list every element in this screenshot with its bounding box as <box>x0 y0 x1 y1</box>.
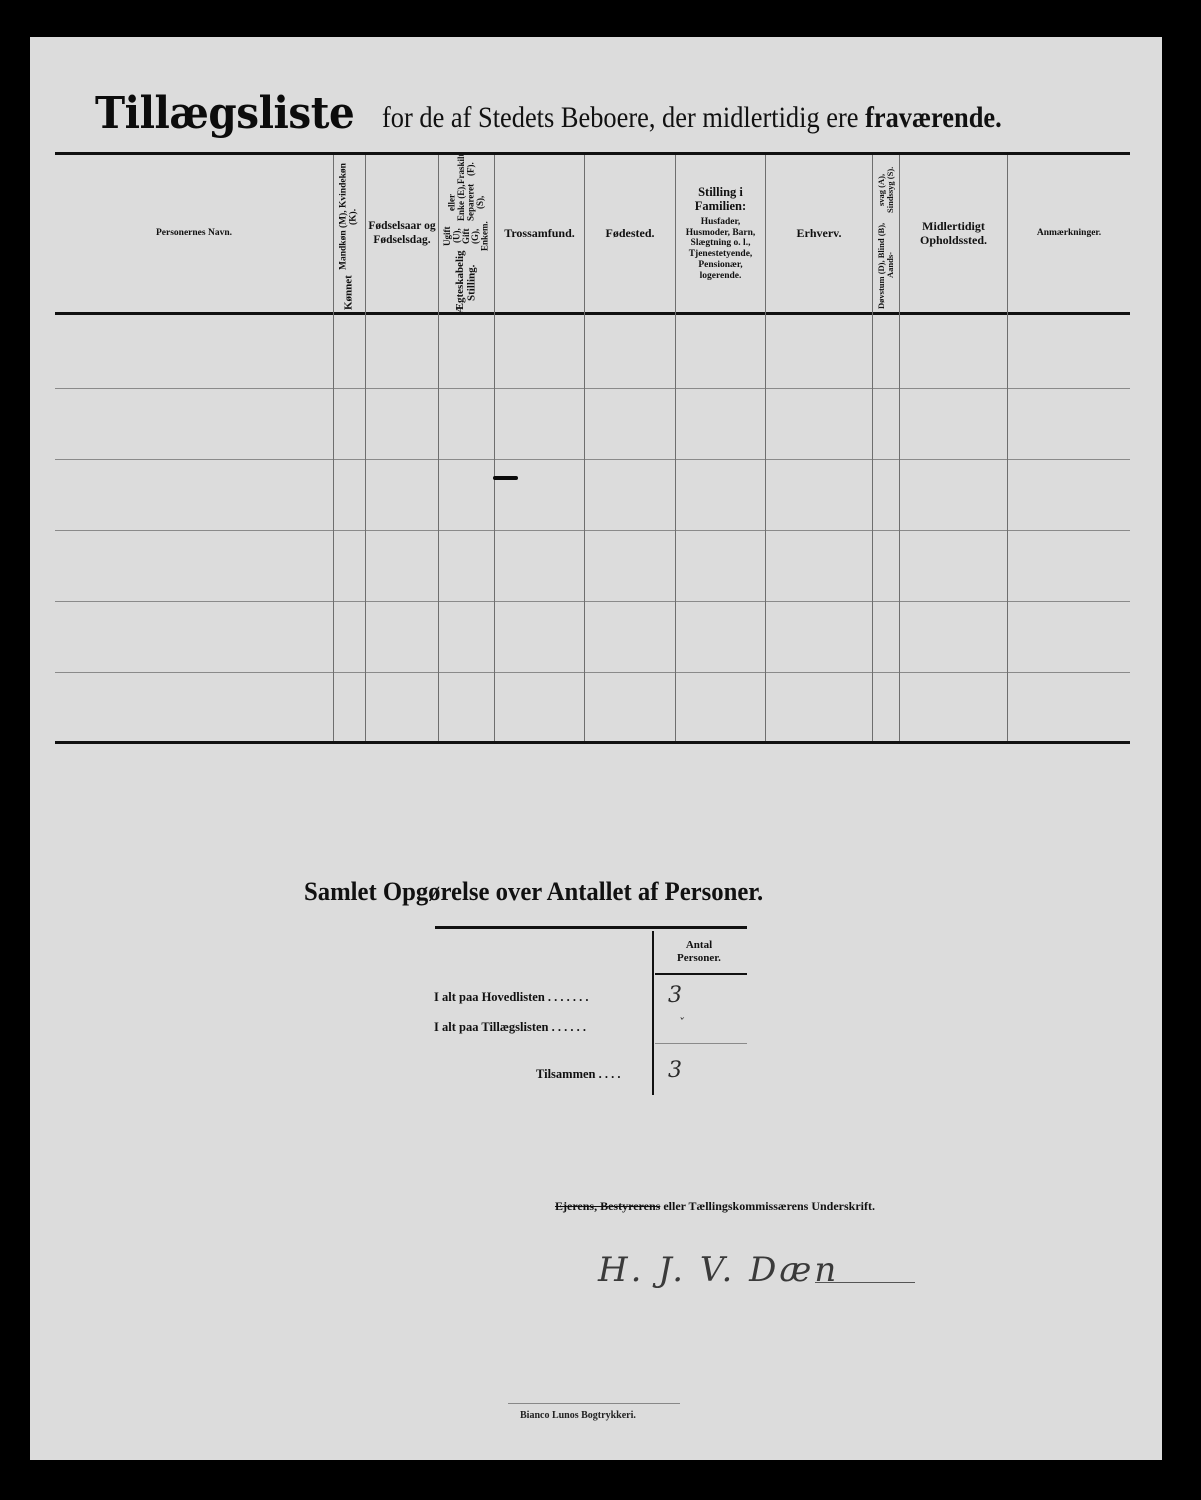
summary-label-tillaegslisten: I alt paa Tillægslisten . . . . . . <box>434 1020 586 1035</box>
header-aegteskab-line2: Ugift (U), Gift (G), Enkem. <box>443 221 490 251</box>
header-aegteskab-line1: Ægteskabelig Stilling. <box>455 251 478 315</box>
summary-value-tilsammen: 3 <box>668 1058 682 1083</box>
header-fodested: Fødested. <box>585 155 675 312</box>
subtitle-text: for de af Stedets Beboere, der midlertid… <box>382 101 858 134</box>
summary-label-hovedlisten: I alt paa Hovedlisten . . . . . . . <box>434 990 589 1005</box>
signature-caption-struck: Ejerens, Bestyrerens <box>555 1199 660 1213</box>
header-fodsel: Fødselsaar og Fødselsdag. <box>366 155 438 312</box>
form-title: Tillægsliste <box>95 92 354 136</box>
summary-title: Samlet Opgørelse over Antallet af Person… <box>304 877 763 907</box>
header-anmaerkninger: Anmærkninger. <box>1008 155 1130 312</box>
header-stilling-title: Stilling i Familien: <box>686 185 756 214</box>
row-divider <box>55 459 1130 460</box>
printer-rule <box>508 1403 680 1404</box>
header-aegteskab-line3: eller Enke (E), Separeret (S), <box>448 184 486 221</box>
handwritten-signature: H. J. V. Dæn <box>598 1250 839 1290</box>
header-lyde: Døvstum (D), Blind (B), Aands- svag (A),… <box>873 158 899 310</box>
header-kjonnet-line1: Kønnet <box>344 275 356 310</box>
summary-column-header: Antal Personer. <box>664 932 734 972</box>
row-divider <box>55 388 1130 389</box>
header-erhverv: Erhverv. <box>766 155 872 312</box>
handwritten-dash-mark <box>493 476 518 480</box>
header-bottom-rule <box>55 312 1130 315</box>
header-kjonnet: Kønnet Mandkøn (M), Kvindekøn (K). <box>334 158 365 310</box>
subtitle-bold-word: fraværende. <box>865 101 1002 134</box>
header-stilling: Stilling i Familien: Husfader, Husmoder,… <box>676 155 765 312</box>
summary-value-tillaegslisten: ˇ <box>678 1016 684 1030</box>
header-aegteskab-line4: Fraskilt (F). <box>457 154 476 185</box>
row-divider <box>55 530 1130 531</box>
summary-value-hovedlisten: 3 <box>668 983 682 1008</box>
header-kjonnet-line2: Mandkøn (M), Kvindekøn (K). <box>340 158 360 275</box>
summary-top-rule <box>435 926 747 929</box>
header-navn: Personernes Navn. <box>55 155 333 312</box>
header-opholdssted: Midlertidigt Opholdssted. <box>900 155 1007 312</box>
header-stilling-detail: Husfader, Husmoder, Barn, Slægtning o. l… <box>679 217 763 283</box>
printer-imprint: Bianco Lunos Bogtrykkeri. <box>520 1410 636 1421</box>
form-subtitle: for de af Stedets Beboere, der midlertid… <box>382 103 1002 133</box>
header-trossamfund: Trossamfund. <box>495 155 584 312</box>
signature-caption-text: eller Tællingskommissærens Underskrift. <box>663 1199 875 1213</box>
row-divider <box>55 672 1130 673</box>
signature-flourish <box>815 1282 915 1283</box>
header-fodsel-text: Fødselsaar og Fødselsdag. <box>366 220 438 246</box>
table-bottom-rule <box>55 741 1130 744</box>
summary-column-divider <box>652 931 654 1095</box>
row-divider <box>55 601 1130 602</box>
summary-subtotal-rule <box>655 1043 747 1044</box>
summary-header-rule <box>655 973 747 975</box>
header-lyde-line1: Døvstum (D), Blind (B), Aands- <box>877 221 895 310</box>
header-lyde-line2: svag (A), Sindssyg (S). <box>877 158 895 221</box>
signature-caption: Ejerens, Bestyrerens eller Tællingskommi… <box>555 1199 875 1214</box>
summary-label-tilsammen: Tilsammen . . . . <box>536 1067 621 1082</box>
header-aegteskab: Ægteskabelig Stilling. Ugift (U), Gift (… <box>439 158 494 310</box>
